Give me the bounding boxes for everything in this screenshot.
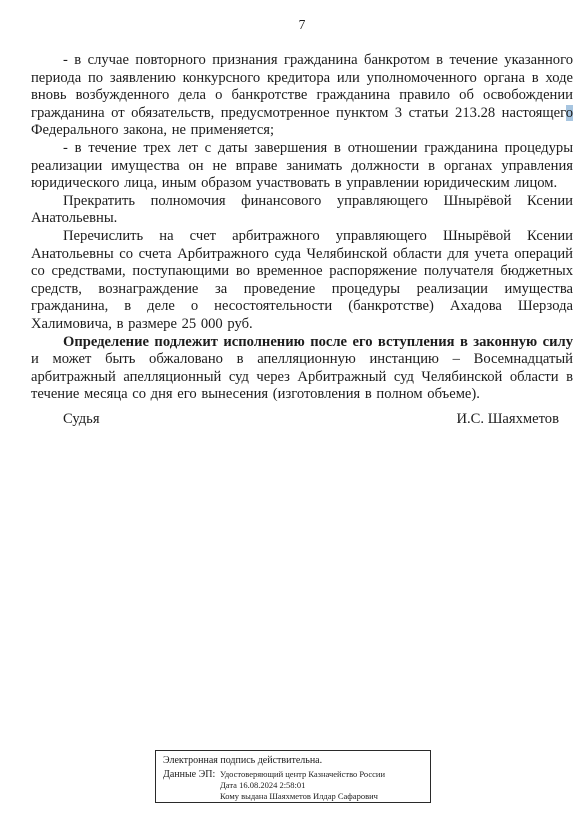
- highlighted-text: о: [566, 105, 573, 121]
- esign-issued-to-line: Кому выдана Шаяхметов Илдар Сафарович: [220, 791, 385, 802]
- paragraph-text: - в случае повторного признания граждани…: [31, 52, 573, 121]
- judge-name: И.С. Шаяхметов: [456, 411, 573, 429]
- esign-date-line: Дата 16.08.2024 2:58:01: [220, 780, 385, 791]
- page-number: 7: [31, 0, 573, 33]
- signature-row: Судья И.С. Шаяхметов: [31, 411, 573, 429]
- esign-authority-line: Удостоверяющий центр Казначейство России: [220, 769, 385, 780]
- paragraph-appeal-ruling: Определение подлежит исполнению после ег…: [31, 334, 573, 404]
- paragraph-text: Федерального закона, не применяется;: [31, 122, 274, 138]
- paragraph-bankruptcy-repeat: - в случае повторного признания граждани…: [31, 52, 573, 140]
- esign-data-row: Данные ЭП: Удостоверяющий центр Казначей…: [163, 769, 424, 802]
- paragraph-three-year-restriction: - в течение трех лет с даты завершения в…: [31, 140, 573, 193]
- paragraph-bold-text: Определение подлежит исполнению после ег…: [63, 334, 573, 350]
- esign-valid-line: Электронная подпись действительна.: [163, 755, 424, 767]
- electronic-signature-stamp: Электронная подпись действительна. Данны…: [155, 750, 431, 803]
- document-page: 7 - в случае повторного признания гражда…: [0, 0, 583, 826]
- esign-data-label: Данные ЭП:: [163, 769, 220, 780]
- paragraph-transfer-payment: Перечислить на счет арбитражного управля…: [31, 228, 573, 334]
- esign-data-lines: Удостоверяющий центр Казначейство России…: [220, 769, 385, 802]
- paragraph-terminate-authority: Прекратить полномочия финансового управл…: [31, 193, 573, 228]
- judge-label: Судья: [31, 411, 100, 429]
- paragraph-text: и может быть обжаловано в апелляционную …: [31, 351, 573, 402]
- document-body: - в случае повторного признания граждани…: [31, 52, 573, 428]
